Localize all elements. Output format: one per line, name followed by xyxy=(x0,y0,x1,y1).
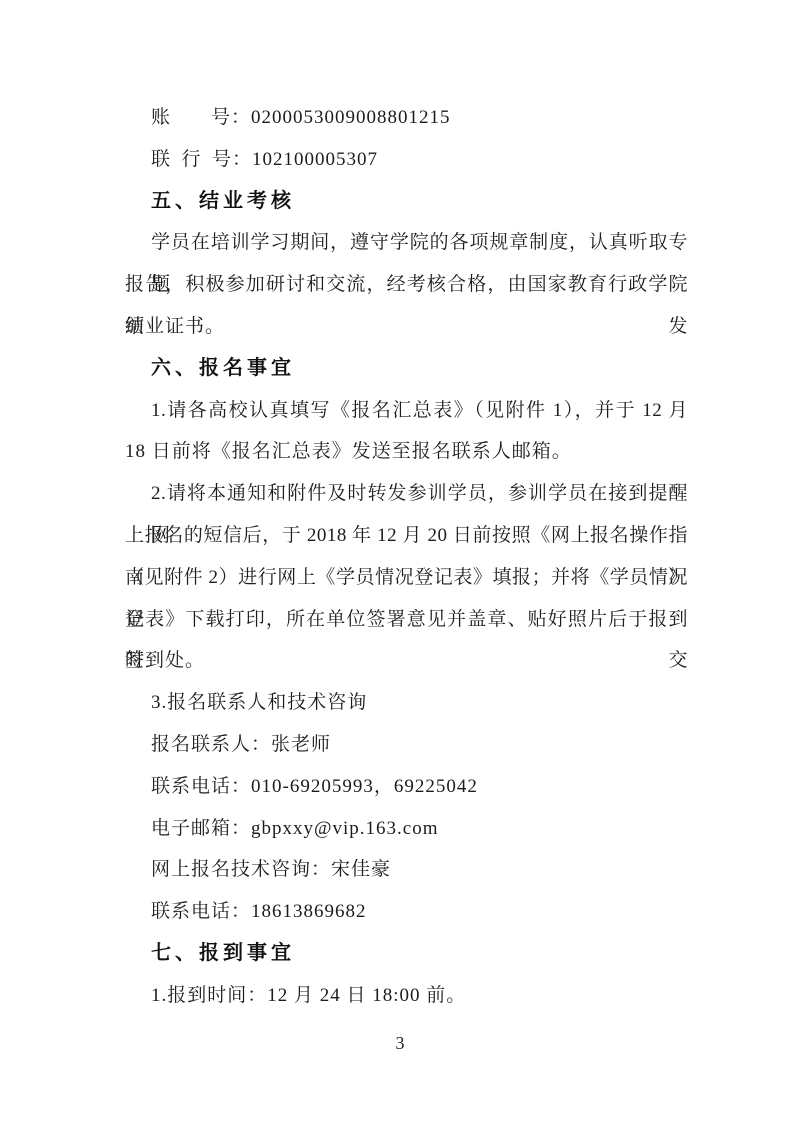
text-line: 联系电话：010-69205993，69225042 xyxy=(125,766,688,808)
section-heading: 六、报名事宜 xyxy=(125,348,688,390)
text-line: 上报名的短信后，于 2018 年 12 月 20 日前按照《网上报名操作指南》 xyxy=(125,515,688,557)
text-line: 记表》下载打印，所在单位签署意见并盖章、贴好照片后于报到时交 xyxy=(125,599,688,641)
text-line: 电子邮箱：gbpxxy@vip.163.com xyxy=(125,808,688,850)
text-line: 3.报名联系人和技术咨询 xyxy=(125,682,688,724)
text-line: 1.报到时间：12 月 24 日 18:00 前。 xyxy=(125,975,688,1017)
text-line: 联系电话：18613869682 xyxy=(125,891,688,933)
page-number: 3 xyxy=(396,1033,405,1053)
text-line: 18 日前将《报名汇总表》发送至报名联系人邮箱。 xyxy=(125,431,688,473)
section-heading: 五、结业考核 xyxy=(125,181,688,223)
text-line: （见附件 2）进行网上《学员情况登记表》填报；并将《学员情况登 xyxy=(125,557,688,599)
document-lines: 账 号：0200053009008801215联 行 号：10210000530… xyxy=(125,97,688,1017)
text-line: 2.请将本通知和附件及时转发参训学员，参训学员在接到提醒网 xyxy=(125,473,688,515)
text-line: 网上报名技术咨询：宋佳豪 xyxy=(125,849,688,891)
text-line: 学员在培训学习期间，遵守学院的各项规章制度，认真听取专题 xyxy=(125,222,688,264)
document-page: 账 号：0200053009008801215联 行 号：10210000530… xyxy=(0,0,800,1131)
text-line: 联 行 号：102100005307 xyxy=(125,139,688,181)
text-line: 报名联系人：张老师 xyxy=(125,724,688,766)
section-heading: 七、报到事宜 xyxy=(125,933,688,975)
text-line: 报告，积极参加研讨和交流，经考核合格，由国家教育行政学院颁发 xyxy=(125,264,688,306)
page-footer: 3 xyxy=(0,1028,800,1058)
text-line: 1.请各高校认真填写《报名汇总表》（见附件 1），并于 12 月 xyxy=(125,390,688,432)
text-line: 账 号：0200053009008801215 xyxy=(125,97,688,139)
